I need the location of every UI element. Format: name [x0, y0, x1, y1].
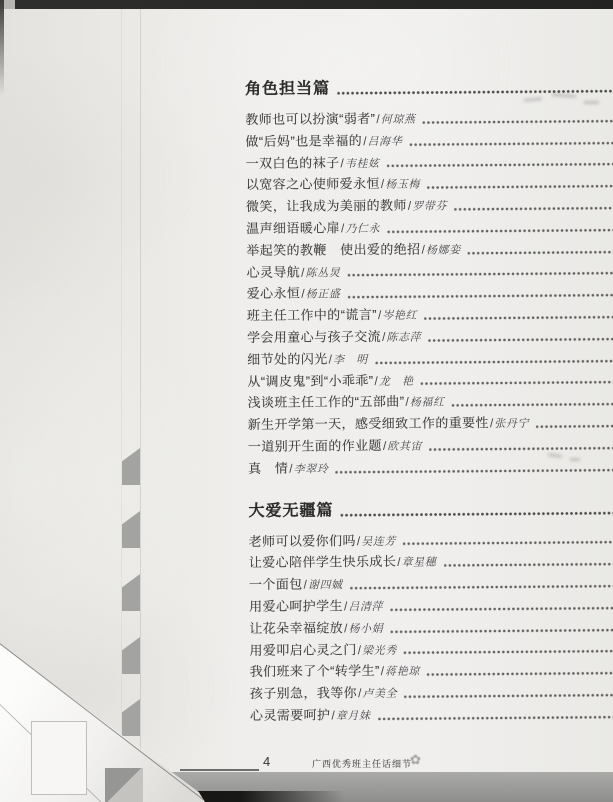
title-author-separator: /: [397, 552, 401, 574]
title-author-separator: /: [331, 705, 335, 727]
title-author-separator: /: [383, 436, 387, 458]
title-author-separator: /: [405, 392, 409, 414]
entry-author: 韦桂妶: [345, 154, 380, 176]
title-author-separator: /: [344, 618, 348, 640]
dot-leader: [347, 293, 613, 299]
dot-leader: [421, 380, 613, 386]
title-author-separator: /: [358, 640, 362, 662]
entry-author: 杨娜娈: [426, 240, 461, 262]
entry-title: 爱心永恒: [247, 283, 301, 305]
dot-leader: [403, 540, 613, 546]
scanner-top-band: [0, 0, 613, 9]
toc-entry: 举起笑的教鞭 使出爱的绝招/杨娜娈: [246, 237, 613, 262]
toc-entry: 孩子别急，我等你/卢美全: [250, 680, 613, 705]
entry-author: 李 明: [333, 350, 368, 372]
entry-title: 用爱心呵护学生: [249, 595, 343, 618]
title-author-separator: /: [289, 458, 293, 480]
toc-entry: 教师也可以扮演“弱者”/何琼燕: [245, 106, 613, 131]
dot-leader: [335, 468, 613, 474]
title-author-separator: /: [381, 174, 385, 196]
title-author-separator: /: [344, 596, 348, 618]
entry-author: 章星穗: [401, 553, 436, 575]
title-author-separator: /: [301, 262, 305, 284]
dot-leader: [350, 584, 613, 590]
dot-leader: [452, 402, 613, 407]
title-author-separator: /: [382, 327, 386, 349]
dot-leader: [409, 141, 613, 147]
flower-ornament-icon: ✿: [410, 752, 421, 768]
entry-author: 乃仁永: [345, 219, 380, 241]
toc-entry: 心灵导航/陈丛炅: [246, 259, 613, 284]
toc-entry: 真 情/李翠玲: [248, 455, 613, 480]
entry-author: 欧其宙: [387, 437, 422, 459]
entry-author: 谢四娍: [308, 575, 343, 597]
title-author-separator: /: [340, 153, 344, 175]
footer-book-title: 广西优秀班主任话细节: [312, 757, 412, 770]
title-author-separator: /: [421, 239, 425, 261]
toc-entry: 一双白色的袜子/韦桂妶: [246, 150, 613, 175]
title-author-separator: /: [357, 531, 361, 553]
toc-entry: 以宽容之心使师爱永恒/杨玉梅: [246, 171, 613, 196]
toc-entry: 浅谈班主任工作的“五部曲”/杨福红: [247, 389, 613, 414]
toc-entry: 从“调皮鬼”到“小乖乖”/龙 艳: [247, 368, 613, 393]
entry-title: 举起笑的教鞭 使出爱的绝招: [246, 238, 420, 261]
scan-left-edge-shadow: [0, 0, 4, 96]
toc-entry: 新生开学第一天，感受细致工作的重要性/张丹宁: [248, 411, 613, 436]
underlying-card-outline: [31, 721, 87, 795]
page-number: 4: [263, 754, 270, 769]
entry-title: 孩子别急，我等你: [250, 682, 357, 705]
toc-entry: 微笑，让我成为美丽的教师/罗带芬: [246, 193, 613, 218]
dot-leader: [424, 315, 613, 320]
section-title: 角色担当篇: [245, 77, 330, 102]
dot-leader: [390, 606, 613, 612]
toc-entry: 让爱心陪伴学生快乐成长/章星穗: [249, 549, 613, 574]
dot-leader: [429, 446, 613, 451]
title-author-separator: /: [381, 661, 385, 683]
toc-entry: 班主任工作中的“谎言”/岑艳红: [247, 302, 613, 327]
entry-author: 吕海华: [367, 132, 402, 154]
entry-author: 吕清萍: [348, 597, 383, 619]
toc-section-header: 角色担当篇: [245, 75, 613, 102]
entry-author: 蒋艳琼: [385, 662, 420, 684]
title-author-separator: /: [378, 305, 382, 327]
dot-leader: [427, 184, 613, 189]
title-author-separator: /: [358, 683, 362, 705]
dot-leader: [428, 337, 613, 342]
entry-title: 老师可以爱你们吗: [249, 530, 356, 553]
entry-title: 从“调皮鬼”到“小乖乖”: [247, 370, 373, 393]
entry-author: 梁光秀: [362, 640, 397, 662]
spine-crease: [140, 9, 141, 775]
toc-entry: 老师可以爱你们吗/吴连芳: [249, 528, 613, 553]
entry-title: 我们班来了个“转学生”: [250, 660, 380, 683]
spine-crease-faint: [121, 9, 122, 775]
entry-author: 杨正盛: [306, 285, 341, 307]
title-author-separator: /: [408, 196, 412, 218]
toc-entry: 爱心永恒/杨正盛: [247, 280, 613, 305]
entry-author: 卢美全: [362, 684, 397, 706]
entry-title: 学会用童心与孩子交流: [247, 326, 381, 349]
title-author-separator: /: [374, 371, 378, 393]
section-title: 大爱无疆篇: [248, 499, 333, 524]
entry-author: 张丹宁: [494, 414, 529, 436]
toc-entry: 我们班来了个“转学生”/蒋艳琼: [250, 658, 613, 683]
entry-author: 陈丛炅: [305, 263, 340, 285]
scanned-book-page: 角色担当篇教师也可以扮演“弱者”/何琼燕做“后妈”也是幸福的/吕海华一双白色的袜…: [0, 0, 613, 802]
toc: 角色担当篇教师也可以扮演“弱者”/何琼燕做“后妈”也是幸福的/吕海华一双白色的袜…: [245, 75, 613, 727]
title-author-separator: /: [363, 131, 367, 153]
dot-leader: [337, 89, 613, 95]
title-author-separator: /: [376, 109, 380, 131]
entry-title: 以宽容之心使师爱永恒: [246, 173, 380, 196]
entry-author: 章月妹: [336, 706, 371, 728]
dot-leader: [443, 562, 613, 567]
entry-title: 一双白色的袜子: [246, 152, 340, 175]
entry-author: 何琼燕: [381, 110, 416, 132]
toc-entry: 让花朵幸福绽放/杨小娟: [249, 615, 613, 640]
toc-entry: 心灵需要呵护/章月妹: [250, 702, 613, 727]
entry-title: 温声细语暖心扉: [246, 217, 340, 240]
title-author-separator: /: [490, 413, 494, 435]
toc-entry: 温声细语暖心扉/乃仁永: [246, 215, 613, 240]
dot-leader: [347, 271, 613, 277]
title-author-separator: /: [304, 575, 308, 597]
entry-author: 龙 艳: [379, 371, 414, 393]
dot-leader: [387, 162, 613, 168]
toc-entry: 用爱心呵护学生/吕清萍: [249, 593, 613, 618]
dot-leader: [404, 649, 613, 655]
dot-leader: [340, 511, 613, 517]
dot-leader: [454, 206, 613, 211]
entry-title: 真 情: [248, 457, 288, 479]
dot-leader: [387, 228, 613, 234]
entry-title: 班主任工作中的“谎言”: [247, 304, 377, 327]
entry-title: 一个面包: [249, 574, 303, 596]
toc-entry: 用爱叩启心灵之门/梁光秀: [249, 637, 613, 662]
entry-title: 做“后妈”也是幸福的: [245, 130, 362, 153]
entry-title: 让花朵幸福绽放: [249, 617, 343, 640]
entry-author: 杨小娟: [348, 619, 383, 641]
entry-author: 吴连芳: [361, 531, 396, 553]
dot-leader: [468, 250, 613, 255]
dot-leader: [375, 359, 613, 365]
toc-entry: 做“后妈”也是幸福的/吕海华: [245, 128, 613, 153]
dot-leader: [378, 715, 613, 721]
dot-leader: [423, 119, 613, 124]
title-author-separator: /: [301, 284, 305, 306]
curl-corner-checker: [105, 768, 143, 802]
title-author-separator: /: [329, 349, 333, 371]
entry-author: 陈志萍: [386, 328, 421, 350]
entry-title: 心灵导航: [246, 261, 300, 283]
footer-rule: [180, 769, 259, 771]
entry-title: 教师也可以扮演“弱者”: [245, 108, 375, 131]
toc-entry: 一个面包/谢四娍: [249, 571, 613, 596]
dot-leader: [536, 424, 613, 429]
entry-author: 杨福红: [410, 393, 445, 415]
entry-title: 新生开学第一天，感受细致工作的重要性: [248, 412, 489, 436]
entry-title: 心灵需要呵护: [250, 704, 331, 726]
dot-leader: [404, 693, 613, 699]
entry-title: 让爱心陪伴学生快乐成长: [249, 551, 397, 574]
entry-author: 杨玉梅: [385, 175, 420, 197]
entry-author: 罗带芬: [412, 197, 447, 219]
toc-entry: 细节处的闪光/李 明: [247, 346, 613, 371]
toc-entry: 一道别开生面的作业题/欧其宙: [248, 433, 613, 458]
entry-title: 一道别开生面的作业题: [248, 435, 382, 458]
entry-title: 微笑，让我成为美丽的教师: [246, 195, 407, 218]
entry-title: 细节处的闪光: [247, 348, 328, 370]
title-author-separator: /: [341, 218, 345, 240]
toc-section-header: 大爱无疆篇: [248, 497, 613, 524]
entry-author: 李翠玲: [294, 459, 329, 481]
dot-leader: [427, 671, 613, 676]
entry-title: 浅谈班主任工作的“五部曲”: [247, 391, 404, 414]
dot-leader: [390, 628, 613, 634]
toc-entry: 学会用童心与孩子交流/陈志萍: [247, 324, 613, 349]
entry-author: 岑艳红: [382, 306, 417, 328]
entry-title: 用爱叩启心灵之门: [249, 639, 356, 662]
